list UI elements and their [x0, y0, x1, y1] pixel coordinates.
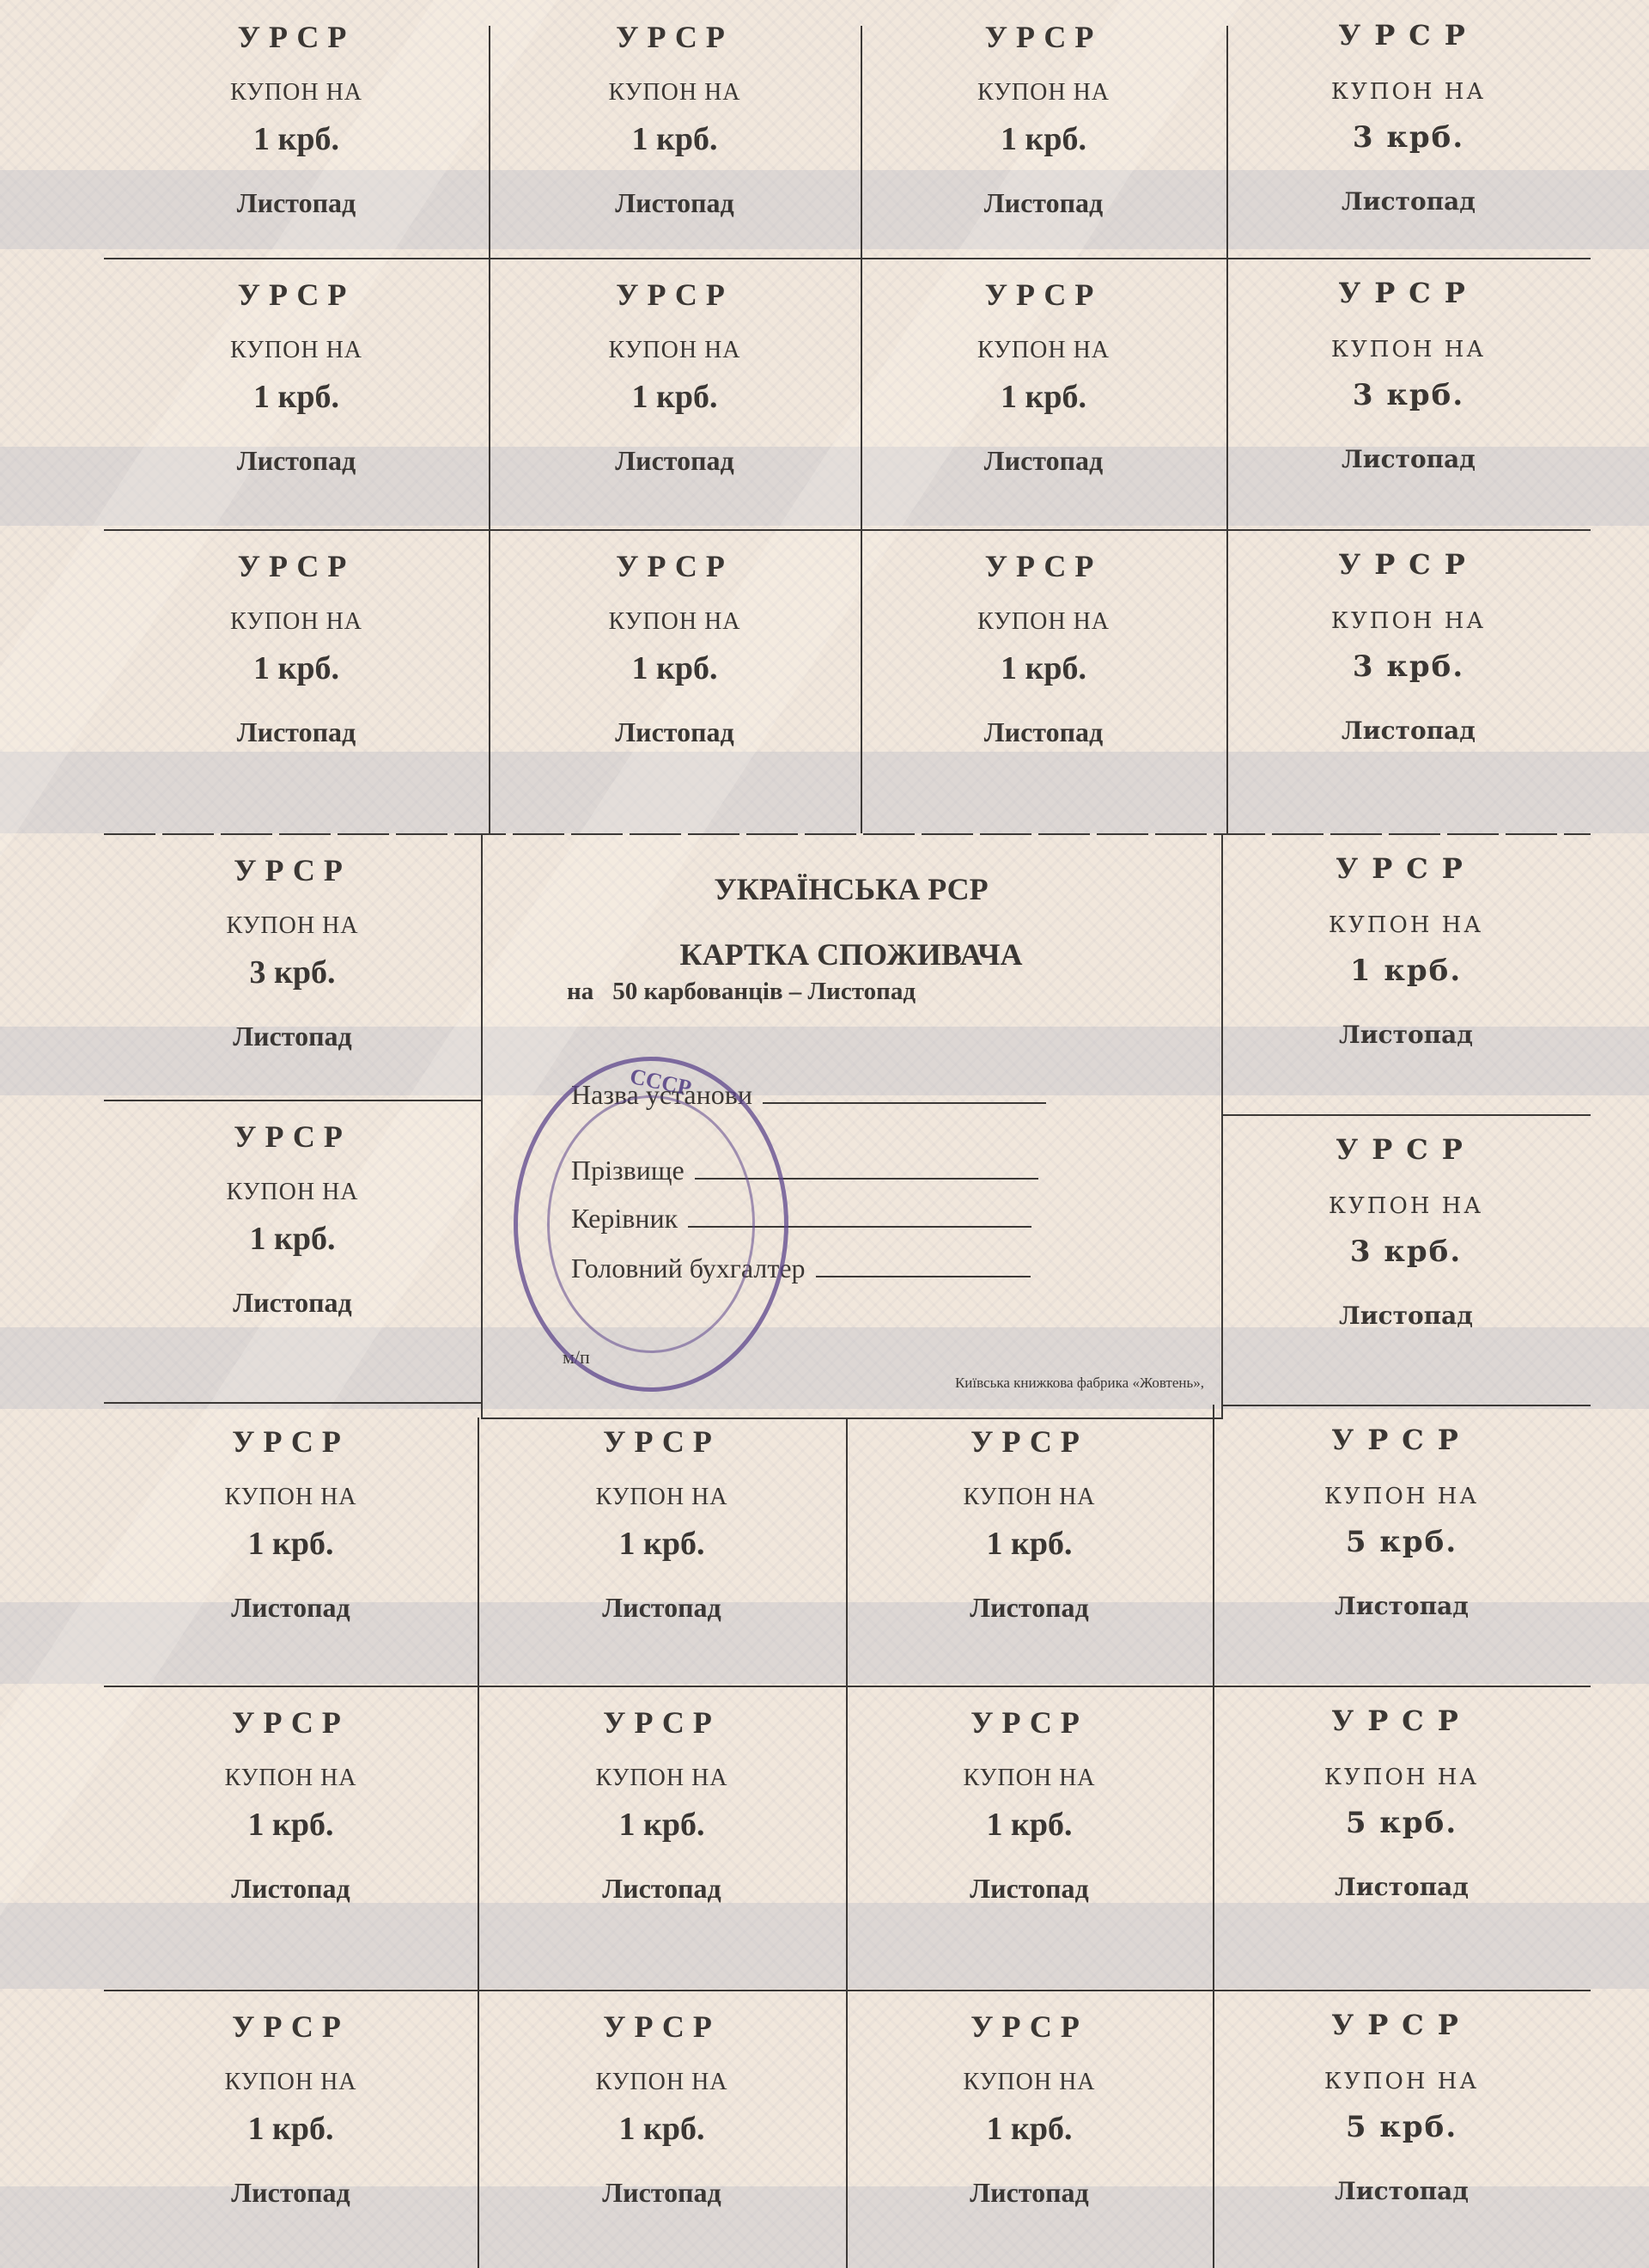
coupon-label: КУПОН НА: [489, 608, 861, 636]
coupon[interactable]: УРСРКУПОН НА1 крб.Листопад: [846, 1990, 1213, 2268]
coupon[interactable]: УРСРКУПОН НА1 крб.Листопад: [489, 258, 861, 529]
coupon[interactable]: УРСРКУПОН НА1 крб.Листопад: [104, 529, 489, 833]
coupon-label: КУПОН НА: [104, 1484, 478, 1511]
coupon-label: КУПОН НА: [861, 608, 1226, 636]
coupon[interactable]: УРСРКУПОН НА3 крб.Листопад: [104, 833, 481, 1100]
field-label: Назва установи: [571, 1079, 752, 1111]
coupon-value: 1 крб.: [104, 2110, 478, 2148]
coupon-month: Листопад: [1213, 1592, 1591, 1620]
coupon-value: 1 крб.: [104, 120, 489, 158]
coupon[interactable]: УРСРКУПОН НА5 крб.Листопад: [1213, 1990, 1591, 2268]
coupon-state: УРСР: [489, 277, 861, 313]
coupon-state: УРСР: [104, 19, 489, 55]
coupon-state: УРСР: [478, 2009, 846, 2045]
coupon-state: УРСР: [861, 277, 1226, 313]
field-director[interactable]: Керівник: [571, 1203, 1031, 1235]
coupon-label: КУПОН НА: [104, 912, 481, 940]
field-label: Прізвище: [571, 1155, 685, 1186]
coupon-value: 1 крб.: [478, 2110, 846, 2148]
coupon-state: УРСР: [104, 2009, 478, 2045]
coupon-state: УРСР: [846, 1704, 1213, 1741]
coupon-month: Листопад: [1213, 2177, 1591, 2205]
field-chief-accountant[interactable]: Головний бухгалтер: [571, 1253, 1031, 1284]
field-label: Керівник: [571, 1203, 678, 1235]
coupon-value: 1 крб.: [1221, 954, 1591, 988]
coupon[interactable]: УРСРКУПОН НА1 крб.Листопад: [489, 529, 861, 833]
coupon-state: УРСР: [104, 852, 481, 888]
coupon-value: 1 крб.: [861, 120, 1226, 158]
coupon-label: КУПОН НА: [104, 337, 489, 364]
coupon[interactable]: УРСРКУПОН НА1 крб.Листопад: [104, 1100, 481, 1402]
coupon-month: Листопад: [478, 1592, 846, 1624]
coupon-month: Листопад: [104, 1287, 481, 1319]
coupon-label: КУПОН НА: [1221, 912, 1591, 938]
coupon[interactable]: УРСРКУПОН НА1 крб.Листопад: [861, 529, 1226, 833]
coupon[interactable]: УРСРКУПОН НА1 крб.Листопад: [104, 1686, 478, 1990]
field-surname[interactable]: Прізвище: [571, 1155, 1038, 1186]
coupon[interactable]: УРСРКУПОН НА1 крб.Листопад: [861, 258, 1226, 529]
coupon-value: 5 крб.: [1213, 1806, 1591, 1840]
coupon-month: Листопад: [478, 1873, 846, 1905]
coupon-month: Листопад: [104, 1592, 478, 1624]
coupon-state: УРСР: [1213, 1704, 1591, 1737]
coupon-value: 1 крб.: [489, 120, 861, 158]
coupon-month: Листопад: [1226, 716, 1591, 745]
coupon-month: Листопад: [104, 187, 489, 219]
coupon-month: Листопад: [104, 445, 489, 477]
coupon-label: КУПОН НА: [1221, 1193, 1591, 1219]
coupon-month: Листопад: [1226, 445, 1591, 473]
coupon-value: 1 крб.: [104, 378, 489, 416]
coupon-value: 5 крб.: [1213, 2110, 1591, 2144]
coupon-state: УРСР: [1213, 1424, 1591, 1456]
coupon-state: УРСР: [104, 277, 489, 313]
coupon-value: 3 крб.: [1226, 120, 1591, 155]
coupon-month: Листопад: [489, 187, 861, 219]
coupon[interactable]: УРСРКУПОН НА1 крб.Листопад: [489, 0, 861, 258]
coupon-label: КУПОН НА: [104, 2069, 478, 2096]
card-title: УКРАЇНСЬКА РСР: [481, 871, 1221, 907]
coupon-state: УРСР: [489, 548, 861, 584]
coupon-month: Листопад: [1226, 187, 1591, 216]
card-amount: на50 карбованців – Листопад: [567, 978, 916, 1006]
field-line: [688, 1224, 1031, 1228]
coupon[interactable]: УРСРКУПОН НА5 крб.Листопад: [1213, 1686, 1591, 1990]
coupon-state: УРСР: [1221, 1133, 1591, 1166]
card-amount-text: 50 карбованців – Листопад: [612, 978, 916, 1005]
coupon-state: УРСР: [1221, 852, 1591, 885]
coupon-value: 1 крб.: [104, 1806, 478, 1844]
coupon[interactable]: УРСРКУПОН НА3 крб.Листопад: [1226, 529, 1591, 833]
coupon[interactable]: УРСРКУПОН НА1 крб.Листопад: [478, 1405, 846, 1686]
coupon-state: УРСР: [1226, 548, 1591, 581]
coupon[interactable]: УРСРКУПОН НА3 крб.Листопад: [1226, 258, 1591, 529]
coupon-month: Листопад: [846, 1592, 1213, 1624]
coupon[interactable]: УРСРКУПОН НА1 крб.Листопад: [846, 1405, 1213, 1686]
field-line: [816, 1274, 1031, 1277]
coupon-value: 1 крб.: [846, 1525, 1213, 1563]
coupon-state: УРСР: [489, 19, 861, 55]
coupon-month: Листопад: [104, 716, 489, 748]
coupon-value: 1 крб.: [478, 1806, 846, 1844]
coupon[interactable]: УРСРКУПОН НА1 крб.Листопад: [104, 1405, 478, 1686]
coupon-label: КУПОН НА: [489, 337, 861, 364]
coupon-value: 1 крб.: [104, 1525, 478, 1563]
coupon[interactable]: УРСРКУПОН НА1 крб.Листопад: [478, 1686, 846, 1990]
field-label: Головний бухгалтер: [571, 1253, 806, 1284]
coupon-value: 3 крб.: [1226, 378, 1591, 412]
coupon-label: КУПОН НА: [846, 1765, 1213, 1792]
coupon-value: 1 крб.: [846, 1806, 1213, 1844]
coupon-state: УРСР: [1226, 19, 1591, 52]
coupon[interactable]: УРСРКУПОН НА1 крб.Листопад: [104, 258, 489, 529]
coupon-label: КУПОН НА: [104, 608, 489, 636]
coupon-value: 3 крб.: [104, 954, 481, 991]
field-institution[interactable]: Назва установи: [571, 1079, 1046, 1111]
coupon-month: Листопад: [861, 716, 1226, 748]
card-amount-prefix: на: [567, 978, 593, 1005]
coupon-month: Листопад: [104, 2177, 478, 2209]
coupon-month: Листопад: [104, 1021, 481, 1052]
coupon-label: КУПОН НА: [1213, 1765, 1591, 1790]
coupon-month: Листопад: [1221, 1302, 1591, 1330]
seal-mark: м/п: [563, 1346, 590, 1369]
coupon-label: КУПОН НА: [1226, 608, 1591, 634]
coupon[interactable]: УРСРКУПОН НА1 крб.Листопад: [478, 1990, 846, 2268]
coupon-label: КУПОН НА: [846, 1484, 1213, 1511]
coupon-state: УРСР: [846, 1424, 1213, 1460]
coupon-state: УРСР: [104, 548, 489, 584]
coupon-value: 3 крб.: [1221, 1235, 1591, 1269]
coupon-label: КУПОН НА: [1226, 337, 1591, 363]
coupon-label: КУПОН НА: [478, 2069, 846, 2096]
coupon-label: КУПОН НА: [104, 79, 489, 107]
coupon-month: Листопад: [104, 1873, 478, 1905]
coupon-month: Листопад: [861, 187, 1226, 219]
coupon-state: УРСР: [104, 1424, 478, 1460]
coupon-state: УРСР: [104, 1704, 478, 1741]
coupon[interactable]: УРСРКУПОН НА1 крб.Листопад: [104, 0, 489, 258]
coupon-label: КУПОН НА: [846, 2069, 1213, 2096]
coupon[interactable]: УРСРКУПОН НА1 крб.Листопад: [861, 0, 1226, 258]
coupon-month: Листопад: [478, 2177, 846, 2209]
card-subtitle: КАРТКА СПОЖИВАЧА: [481, 936, 1221, 972]
coupon-value: 1 крб.: [489, 378, 861, 416]
coupon-state: УРСР: [104, 1119, 481, 1155]
coupon-value: 1 крб.: [846, 2110, 1213, 2148]
coupon-month: Листопад: [489, 716, 861, 748]
coupon-label: КУПОН НА: [104, 1179, 481, 1206]
coupon-month: Листопад: [1221, 1021, 1591, 1049]
coupon-label: КУПОН НА: [1213, 1484, 1591, 1509]
coupon-label: КУПОН НА: [1226, 79, 1591, 105]
coupon-state: УРСР: [861, 19, 1226, 55]
coupon-label: КУПОН НА: [861, 79, 1226, 107]
consumer-card: УКРАЇНСЬКА РСР КАРТКА СПОЖИВАЧА на50 кар…: [481, 835, 1221, 1419]
coupon[interactable]: УРСРКУПОН НА1 крб.Листопад: [846, 1686, 1213, 1990]
coupon-value: 1 крб.: [104, 649, 489, 687]
coupon-label: КУПОН НА: [1213, 2069, 1591, 2094]
coupon-state: УРСР: [1226, 277, 1591, 309]
coupon-month: Листопад: [846, 2177, 1213, 2209]
coupon-value: 1 крб.: [861, 649, 1226, 687]
coupon-value: 5 крб.: [1213, 1525, 1591, 1559]
coupon[interactable]: УРСРКУПОН НА1 крб.Листопад: [104, 1990, 478, 2268]
field-line: [695, 1176, 1038, 1180]
coupon[interactable]: УРСРКУПОН НА3 крб.Листопад: [1226, 0, 1591, 258]
coupon-state: УРСР: [846, 2009, 1213, 2045]
coupon-state: УРСР: [478, 1704, 846, 1741]
coupon[interactable]: УРСРКУПОН НА3 крб.Листопад: [1221, 1114, 1591, 1417]
coupon[interactable]: УРСРКУПОН НА1 крб.Листопад: [1221, 833, 1591, 1114]
coupon-label: КУПОН НА: [861, 337, 1226, 364]
coupon-label: КУПОН НА: [104, 1765, 478, 1792]
coupon-label: КУПОН НА: [478, 1484, 846, 1511]
field-line: [763, 1100, 1046, 1104]
coupon-label: КУПОН НА: [489, 79, 861, 107]
coupon-value: 1 крб.: [478, 1525, 846, 1563]
coupon-value: 1 крб.: [104, 1220, 481, 1258]
coupon-state: УРСР: [861, 548, 1226, 584]
coupon-month: Листопад: [489, 445, 861, 477]
cut-line: [104, 1402, 481, 1404]
coupon-value: 3 крб.: [1226, 649, 1591, 684]
coupon-month: Листопад: [1213, 1873, 1591, 1901]
coupon[interactable]: УРСРКУПОН НА5 крб.Листопад: [1213, 1405, 1591, 1686]
coupon-month: Листопад: [861, 445, 1226, 477]
coupon-value: 1 крб.: [861, 378, 1226, 416]
coupon-month: Листопад: [846, 1873, 1213, 1905]
coupon-state: УРСР: [1213, 2009, 1591, 2041]
coupon-value: 1 крб.: [489, 649, 861, 687]
coupon-label: КУПОН НА: [478, 1765, 846, 1792]
printer-imprint: Київська книжкова фабрика «Жовтень»,: [955, 1375, 1204, 1392]
coupon-state: УРСР: [478, 1424, 846, 1460]
